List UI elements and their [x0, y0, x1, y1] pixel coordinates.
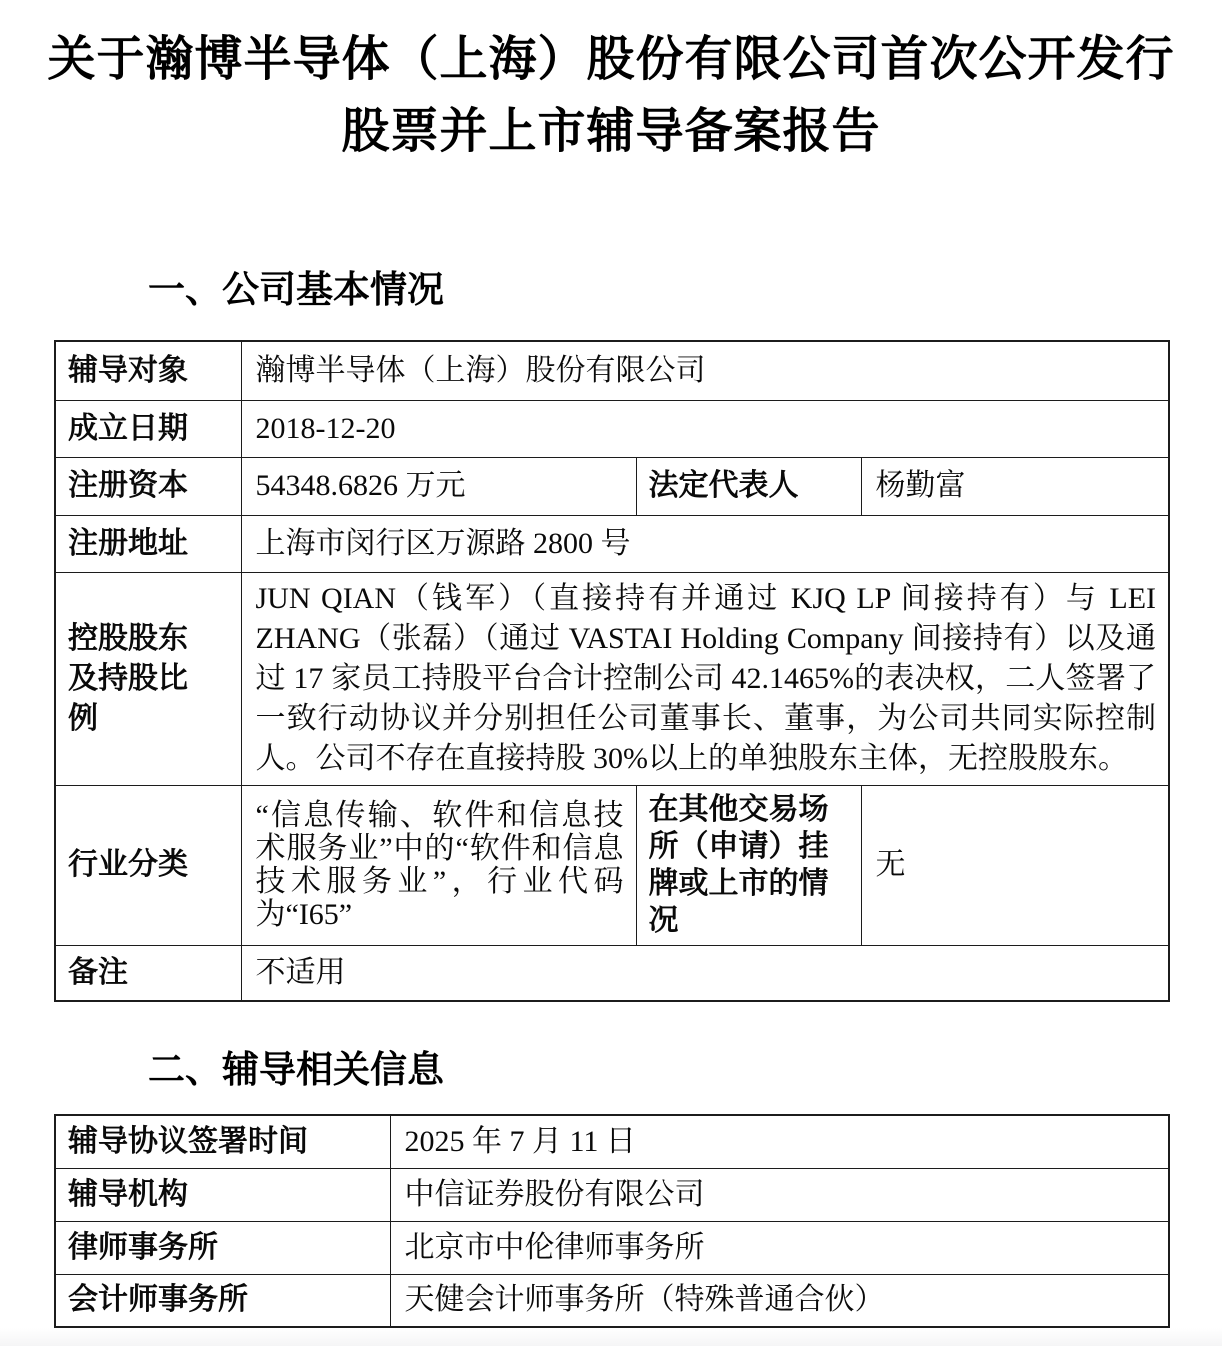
- row-label-establish-date: 成立日期: [55, 400, 241, 457]
- table-row: 会计师事务所 天健会计师事务所（特殊普通合伙）: [55, 1274, 1169, 1327]
- document-title: 关于瀚博半导体（上海）股份有限公司首次公开发行 股票并上市辅导备案报告: [0, 0, 1222, 168]
- row-value-accounting-firm: 天健会计师事务所（特殊普通合伙）: [390, 1274, 1169, 1327]
- company-basic-info-table: 辅导对象 瀚博半导体（上海）股份有限公司 成立日期 2018-12-20 注册资…: [54, 340, 1170, 1002]
- table-row: 辅导对象 瀚博半导体（上海）股份有限公司: [55, 341, 1169, 400]
- document-title-line2: 股票并上市辅导备案报告: [0, 96, 1222, 168]
- table-row: 行业分类 “信息传输、软件和信息技术服务业”中的“软件和信息技术服务业”，行业代…: [55, 785, 1169, 945]
- row-value-controlling-shareholder: JUN QIAN（钱军）（直接持有并通过 KJQ LP 间接持有）与 LEI Z…: [241, 572, 1169, 785]
- row-value-tutoring-institution: 中信证券股份有限公司: [390, 1168, 1169, 1221]
- row-value-establish-date: 2018-12-20: [241, 400, 1169, 457]
- row-value-legal-representative: 杨勤富: [861, 457, 1169, 515]
- row-label-agreement-signing-date: 辅导协议签署时间: [55, 1115, 390, 1168]
- guidance-info-table: 辅导协议签署时间 2025 年 7 月 11 日 辅导机构 中信证券股份有限公司…: [54, 1114, 1170, 1328]
- table-row: 辅导机构 中信证券股份有限公司: [55, 1168, 1169, 1221]
- row-value-tutoring-target: 瀚博半导体（上海）股份有限公司: [241, 341, 1169, 400]
- row-label-registered-address: 注册地址: [55, 515, 241, 572]
- row-value-registered-capital: 54348.6826 万元: [241, 457, 636, 515]
- row-label-tutoring-target: 辅导对象: [55, 341, 241, 400]
- section-heading-guidance-info: 二、辅导相关信息: [0, 1048, 1222, 1092]
- section-heading-company-basic-info: 一、公司基本情况: [0, 268, 1222, 312]
- row-value-agreement-signing-date: 2025 年 7 月 11 日: [390, 1115, 1169, 1168]
- table-row: 律师事务所 北京市中伦律师事务所: [55, 1221, 1169, 1274]
- row-label-legal-representative: 法定代表人: [636, 457, 861, 515]
- table-row: 备注 不适用: [55, 945, 1169, 1001]
- table-row: 控股股东及持股比例 JUN QIAN（钱军）（直接持有并通过 KJQ LP 间接…: [55, 572, 1169, 785]
- row-label-tutoring-institution: 辅导机构: [55, 1168, 390, 1221]
- row-label-law-firm: 律师事务所: [55, 1221, 390, 1274]
- row-label-controlling-shareholder: 控股股东及持股比例: [55, 572, 241, 785]
- row-value-registered-address: 上海市闵行区万源路 2800 号: [241, 515, 1169, 572]
- table-row: 注册地址 上海市闵行区万源路 2800 号: [55, 515, 1169, 572]
- row-value-remarks: 不适用: [241, 945, 1169, 1001]
- table-row: 成立日期 2018-12-20: [55, 400, 1169, 457]
- row-value-industry-classification: “信息传输、软件和信息技术服务业”中的“软件和信息技术服务业”，行业代码为“I6…: [241, 785, 636, 945]
- table-row: 辅导协议签署时间 2025 年 7 月 11 日: [55, 1115, 1169, 1168]
- page-bottom-edge: [0, 1328, 1222, 1346]
- row-label-remarks: 备注: [55, 945, 241, 1001]
- table-row: 注册资本 54348.6826 万元 法定代表人 杨勤富: [55, 457, 1169, 515]
- row-label-industry-classification: 行业分类: [55, 785, 241, 945]
- row-label-other-listing-status: 在其他交易场所（申请）挂牌或上市的情况: [636, 785, 861, 945]
- row-label-registered-capital: 注册资本: [55, 457, 241, 515]
- row-value-law-firm: 北京市中伦律师事务所: [390, 1221, 1169, 1274]
- row-label-accounting-firm: 会计师事务所: [55, 1274, 390, 1327]
- document-title-line1: 关于瀚博半导体（上海）股份有限公司首次公开发行: [0, 24, 1222, 96]
- row-value-other-listing-status: 无: [861, 785, 1169, 945]
- document-page: { "title": { "line1": "关于瀚博半导体（上海）股份有限公司…: [0, 0, 1222, 1346]
